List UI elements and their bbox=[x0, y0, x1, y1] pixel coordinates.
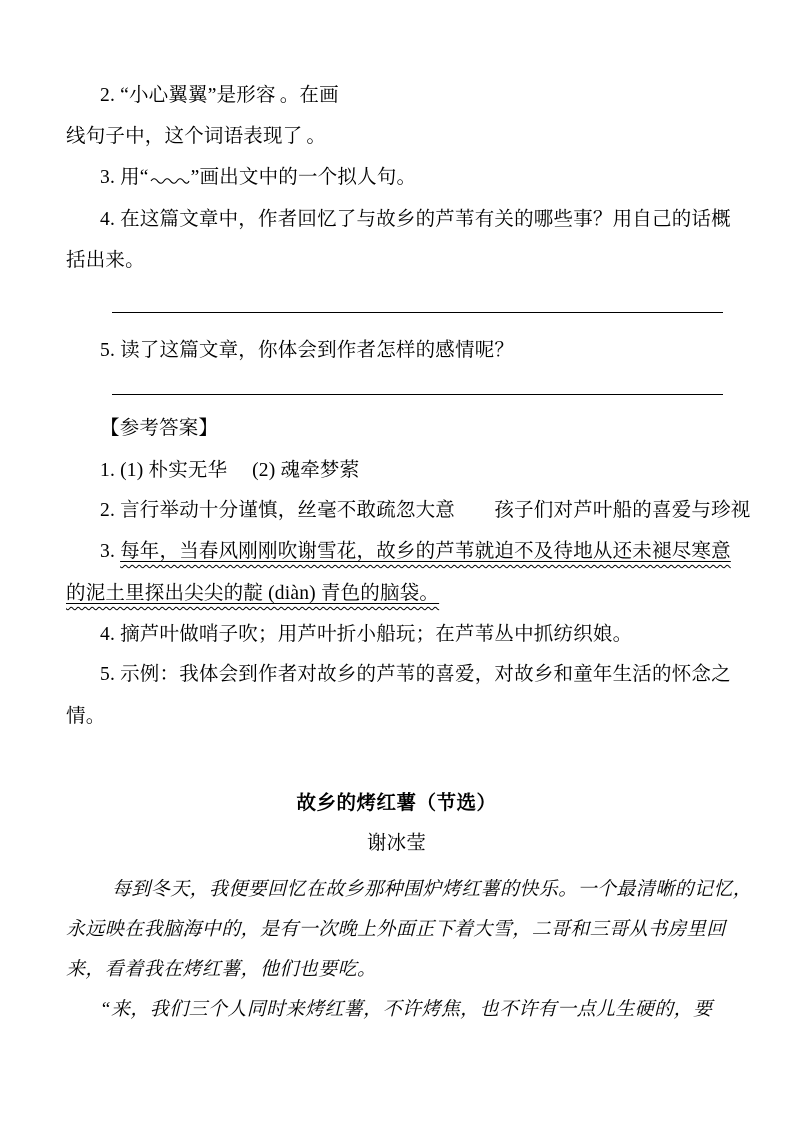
question-2-line-1-prefix: 2. “小心翼翼”是形容 bbox=[100, 84, 276, 108]
question-4-line-2: 括出来。 bbox=[66, 249, 145, 273]
question-4-line-1: 4. 在这篇文章中，作者回忆了与故乡的芦苇有关的哪些事？用自己的话概 bbox=[100, 208, 731, 232]
answer-3-line-2-underlined: 的泥土里探出尖尖的靛 (diàn) 青色的脑袋。 bbox=[66, 583, 439, 604]
reference-answers-header: 【参考答案】 bbox=[100, 417, 218, 441]
answer-writing-line-2 bbox=[112, 394, 723, 395]
passage-paragraph-1-line-3: 来，看着我在烤红薯，他们也要吃。 bbox=[66, 958, 376, 982]
question-3: 3. 用“”画出文中的一个拟人句。 bbox=[100, 166, 416, 190]
question-2-line-1: 2. “小心翼翼”是形容 。在画 bbox=[100, 84, 715, 108]
answer-3-number: 3. bbox=[100, 541, 120, 562]
question-3-suffix: ”画出文中的一个拟人句。 bbox=[191, 167, 417, 188]
wavy-line-icon bbox=[150, 174, 190, 185]
answer-writing-line-1 bbox=[112, 312, 723, 313]
passage-author: 谢冰莹 bbox=[0, 832, 793, 856]
answer-3-line-1: 3. 每年，当春风刚刚吹谢雪花，故乡的芦苇就迫不及待地从还未褪尽寒意 bbox=[100, 540, 731, 564]
question-2-line-2-suffix: 。 bbox=[306, 125, 326, 149]
answer-2: 2. 言行举动十分谨慎，丝毫不敢疏忽大意 孩子们对芦叶船的喜爱与珍视 bbox=[100, 499, 751, 523]
passage-paragraph-1-line-2: 永远映在我脑海中的，是有一次晚上外面正下着大雪，二哥和三哥从书房里回 bbox=[66, 918, 726, 942]
question-3-prefix: 3. 用“ bbox=[100, 167, 149, 188]
passage-paragraph-1-line-1: 每到冬天，我便要回忆在故乡那种围炉烤红薯的快乐。一个最清晰的记忆， bbox=[112, 878, 752, 902]
question-2-line-2: 线句子中，这个词语表现了 。 bbox=[66, 125, 678, 149]
question-2-line-1-suffix: 。在画 bbox=[280, 84, 339, 108]
answer-4: 4. 摘芦叶做哨子吹；用芦叶折小船玩；在芦苇丛中抓纺织娘。 bbox=[100, 623, 632, 647]
passage-paragraph-2-line-1: “来，我们三个人同时来烤红薯，不许烤焦，也不许有一点儿生硬的，要 bbox=[100, 998, 712, 1022]
worksheet-page: 2. “小心翼翼”是形容 。在画 线句子中，这个词语表现了 。 3. 用“”画出… bbox=[0, 0, 793, 1122]
question-5: 5. 读了这篇文章，你体会到作者怎样的感情呢？ bbox=[100, 339, 514, 363]
answer-3-line-1-underlined: 每年，当春风刚刚吹谢雪花，故乡的芦苇就迫不及待地从还未褪尽寒意 bbox=[120, 541, 731, 562]
answer-5-line-1: 5. 示例：我体会到作者对故乡的芦苇的喜爱，对故乡和童年生活的怀念之 bbox=[100, 663, 731, 687]
question-2-line-2-prefix: 线句子中，这个词语表现了 bbox=[66, 125, 302, 149]
answer-1: 1. (1) 朴实无华 (2) 魂牵梦萦 bbox=[100, 459, 359, 483]
passage-title: 故乡的烤红薯（节选） bbox=[0, 791, 793, 815]
answer-5-line-2: 情。 bbox=[66, 705, 105, 729]
answer-3-line-2: 的泥土里探出尖尖的靛 (diàn) 青色的脑袋。 bbox=[66, 582, 439, 606]
